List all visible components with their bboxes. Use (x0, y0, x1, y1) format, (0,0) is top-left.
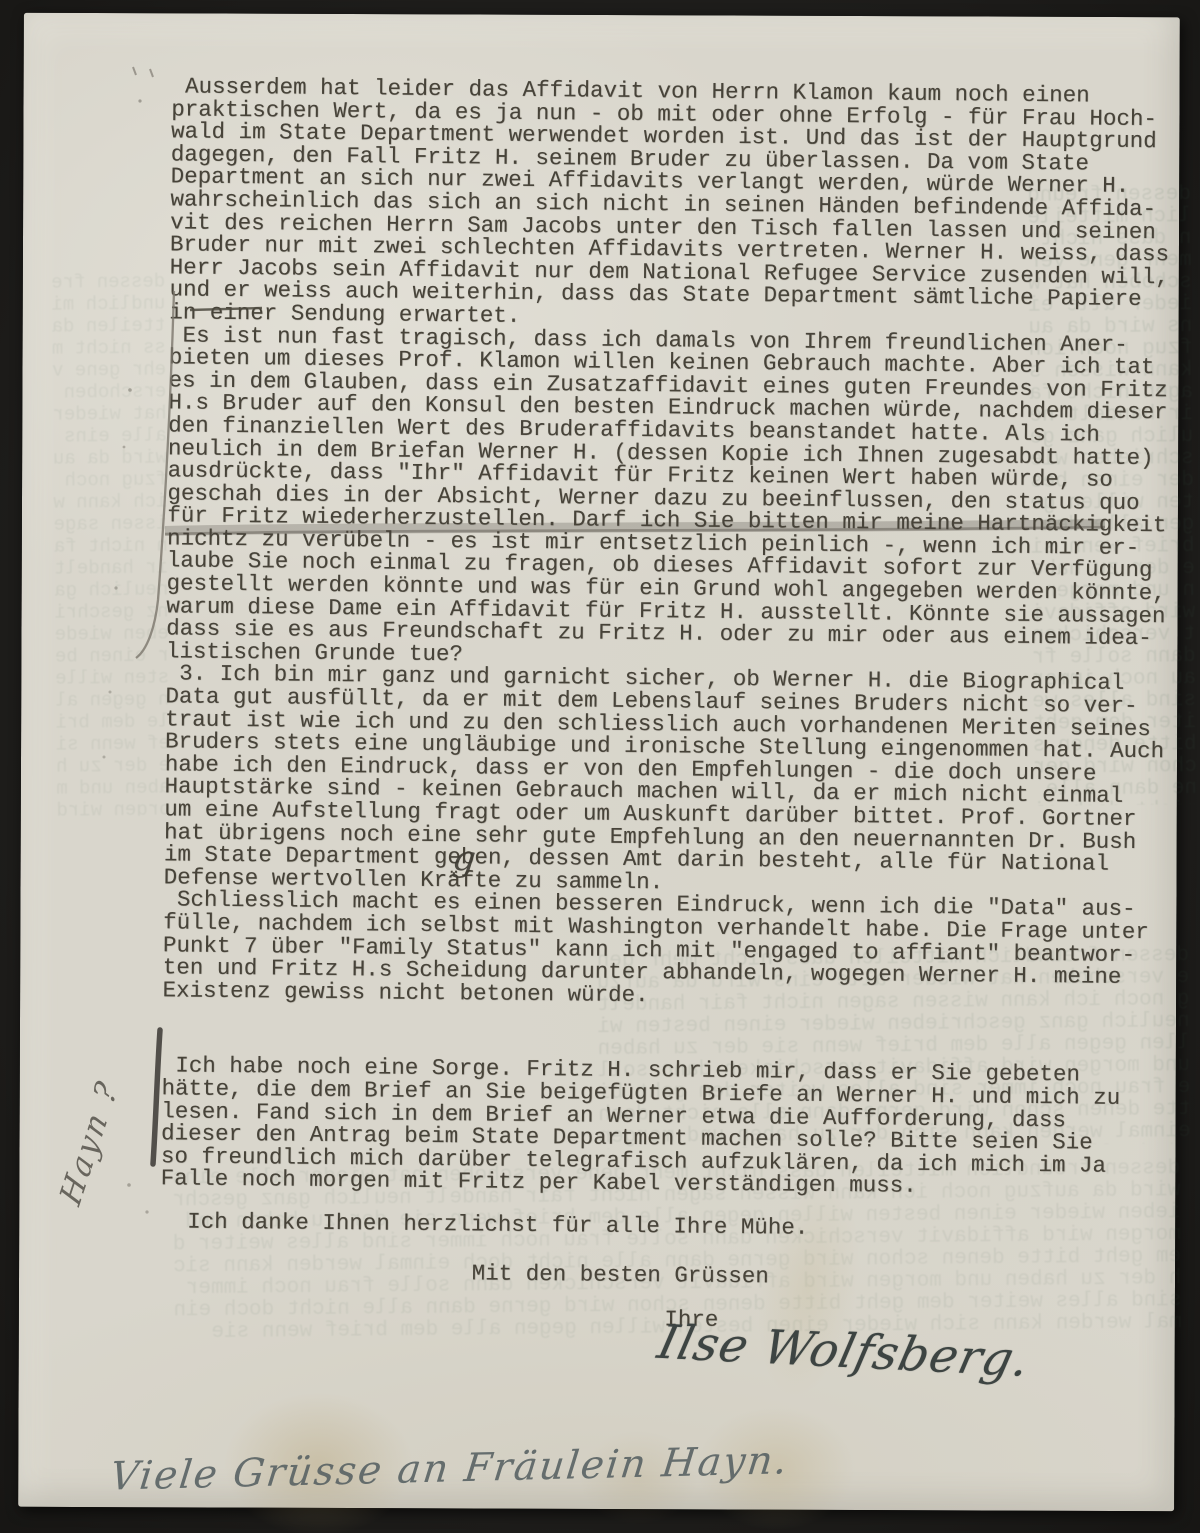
letter-paper: dessen freundlich mitteilen dass nicht m… (18, 13, 1180, 1511)
handwritten-postscript: Viele Grüsse an Fräulein Hayn. (108, 1438, 792, 1499)
closing-pronoun: Ihre (664, 1308, 1199, 1336)
paragraph: Ich habe noch eine Sorge. Fritz H. schri… (161, 1055, 1200, 1201)
valediction: Mit den besten Grüssen (472, 1262, 1200, 1292)
bleedthrough-text: dessen freundlich mitteilen dass nicht m… (47, 271, 171, 817)
paragraph: 3. Ich bin mir ganz und garnicht sicher,… (164, 663, 1200, 899)
margin-annotation-hayn: Hayn ? (53, 1074, 125, 1211)
letter-body: Ausserdem hat leider das Affidavit von H… (159, 75, 1200, 1336)
paragraph: Es ist nun fast tragisch, dass ich damal… (166, 324, 1200, 673)
paragraph: Ausserdem hat leider das Affidavit von H… (169, 75, 1200, 334)
paragraph: Schliesslich macht es einen besseren Ein… (162, 889, 1200, 1012)
thanks-line: Ich danke Ihnen herzlichst für alle Ihre… (160, 1210, 1200, 1243)
